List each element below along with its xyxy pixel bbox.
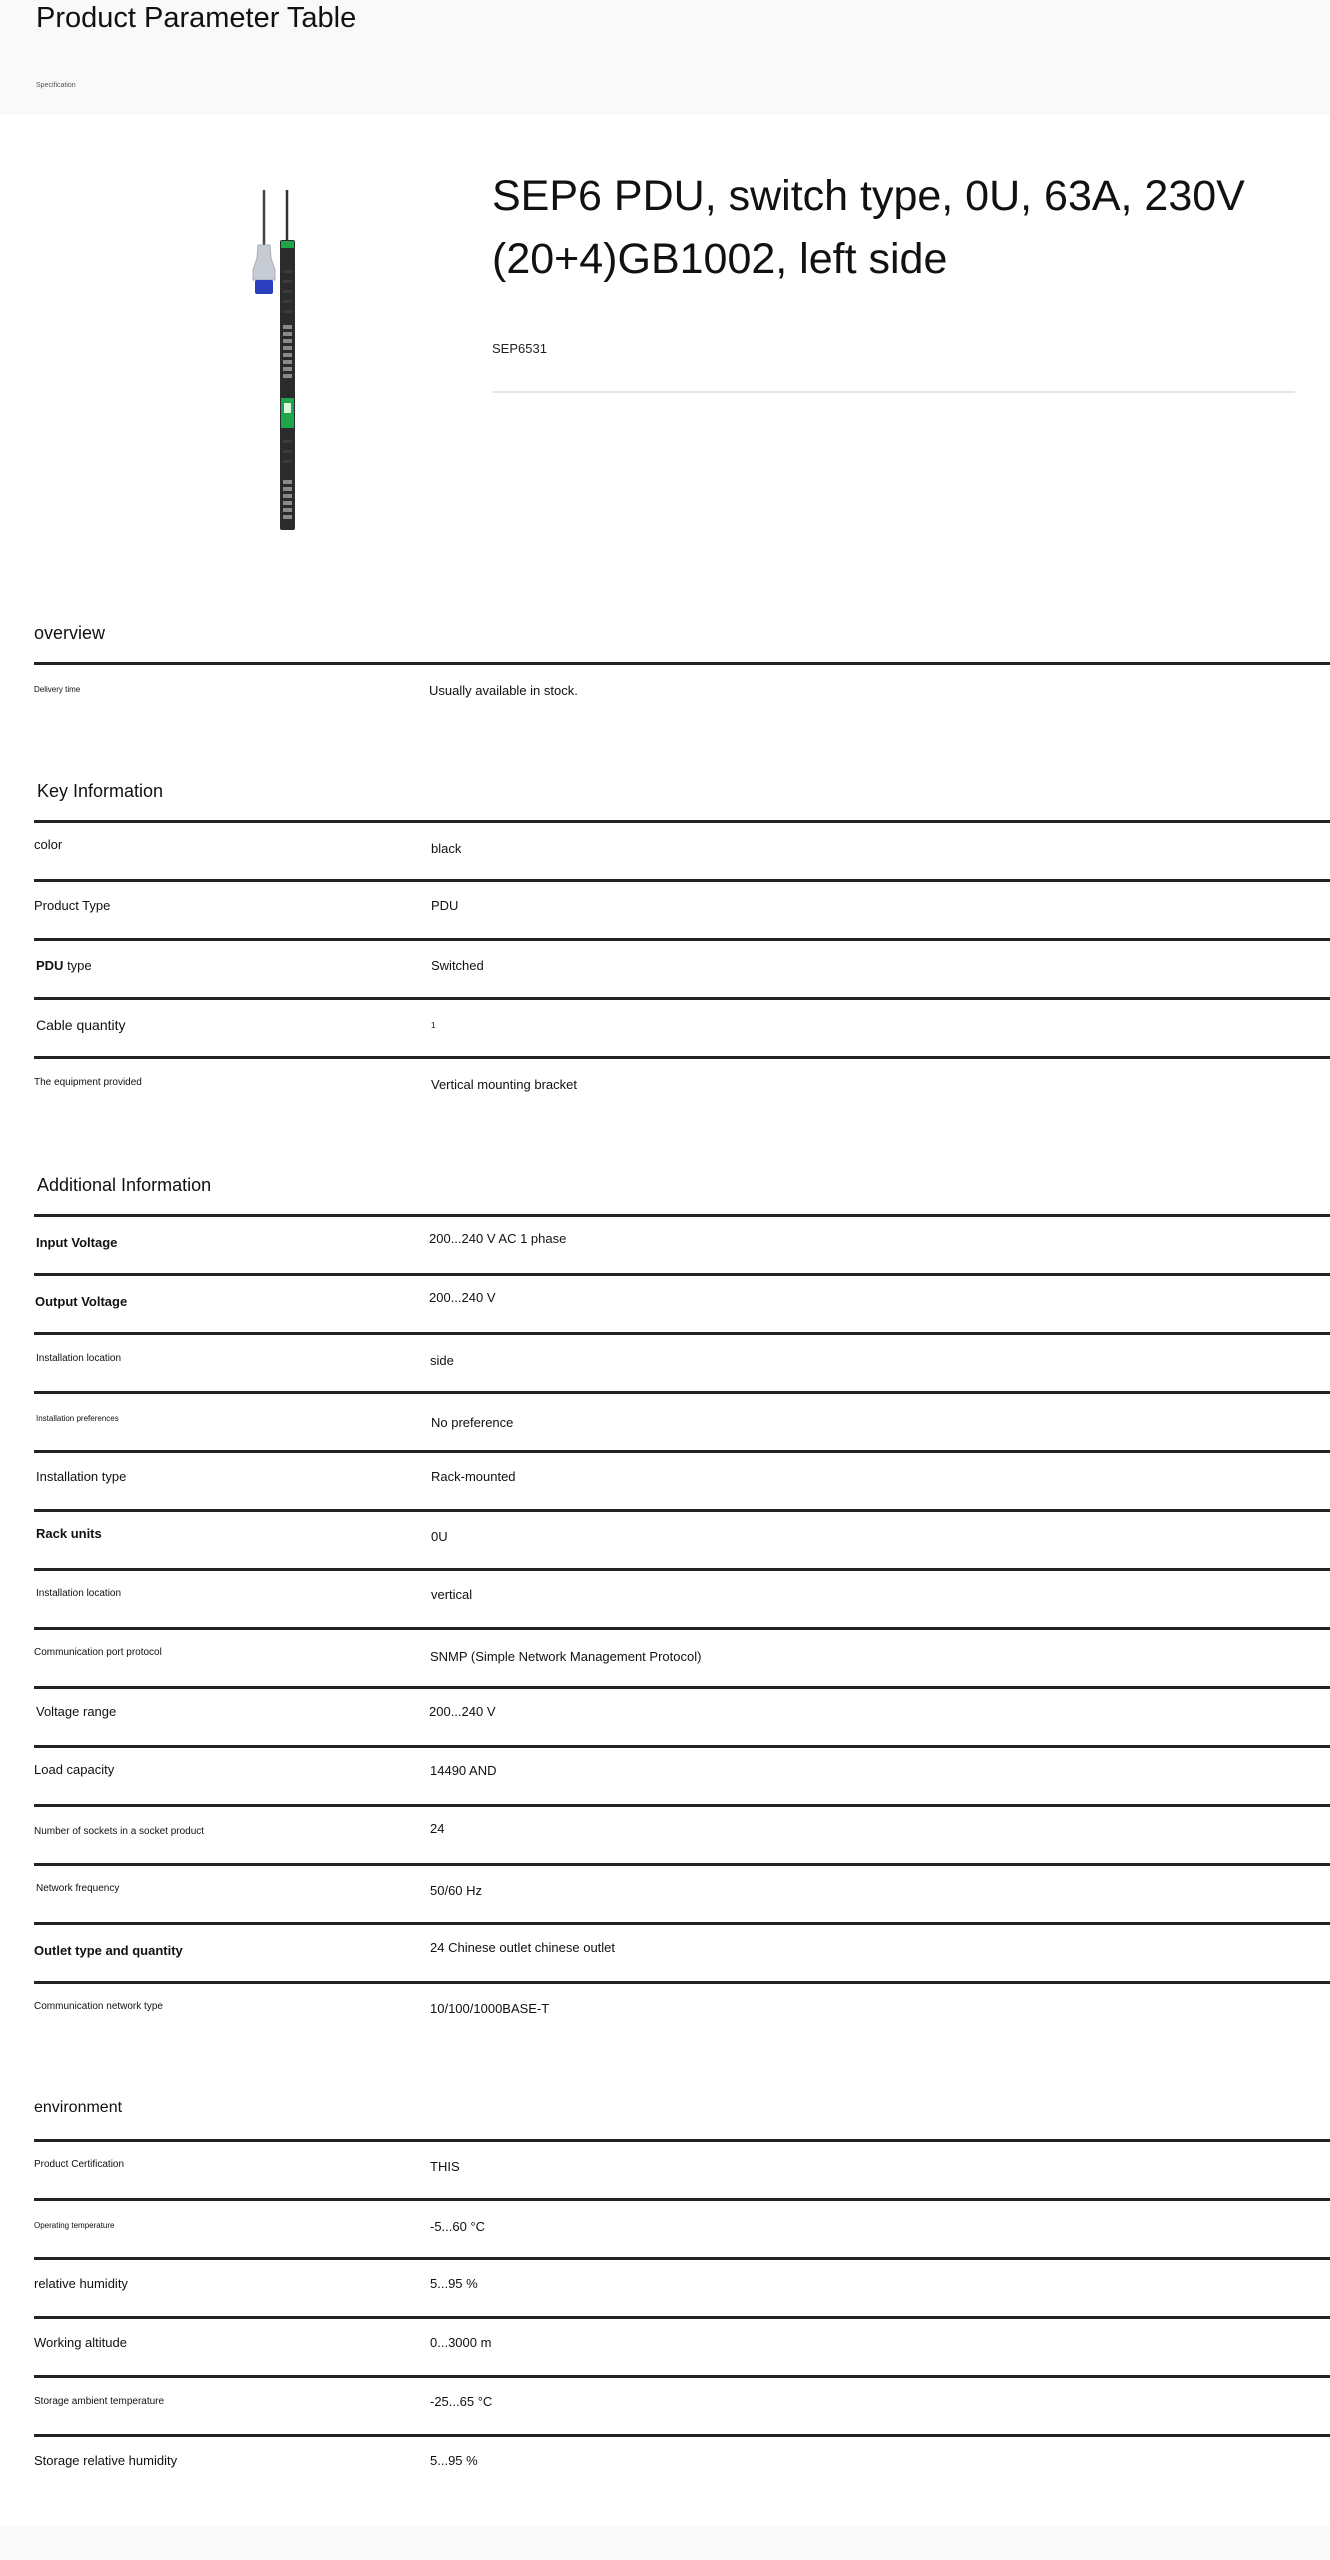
row-label-rest: type [63, 958, 91, 973]
overview-rows: Delivery time Usually available in stock… [34, 662, 1330, 721]
section-title: environment [34, 2099, 122, 2117]
row-label: Communication network type [34, 2001, 163, 2012]
row-value: 14490 AND [430, 1763, 497, 1778]
table-row: Working altitude 0...3000 m [34, 2316, 1330, 2375]
table-row: Output Voltage 200...240 V [34, 1273, 1330, 1332]
row-label: Cable quantity [36, 1017, 126, 1033]
row-value: 50/60 Hz [430, 1883, 482, 1898]
table-row: Communication network type 10/100/1000BA… [34, 1981, 1330, 2040]
row-label: Network frequency [36, 1883, 119, 1894]
product-title: SEP6 PDU, switch type, 0U, 63A, 230V (20… [492, 165, 1292, 291]
section-title: overview [34, 623, 105, 644]
row-value: THIS [430, 2159, 460, 2174]
row-value: 1 [431, 1021, 435, 1030]
row-label: relative humidity [34, 2276, 128, 2291]
row-value: 0...3000 m [430, 2335, 491, 2350]
row-label: Delivery time [34, 685, 80, 694]
row-label: Installation type [36, 1469, 126, 1484]
hero-divider [492, 391, 1295, 393]
row-value: side [430, 1353, 454, 1368]
row-label: Load capacity [34, 1762, 114, 1777]
row-value: Usually available in stock. [429, 683, 578, 698]
table-row: color black [34, 820, 1330, 879]
table-row: Rack units 0U [34, 1509, 1330, 1568]
section-title: Additional Information [37, 1175, 211, 1196]
row-value: No preference [431, 1415, 513, 1430]
row-value: vertical [431, 1587, 472, 1602]
row-value: -25...65 °C [430, 2394, 492, 2409]
table-row: relative humidity 5...95 % [34, 2257, 1330, 2316]
row-label: Storage relative humidity [34, 2453, 177, 2468]
row-value: 5...95 % [430, 2276, 478, 2291]
table-row: Installation type Rack-mounted [34, 1450, 1330, 1509]
table-row: Product Type PDU [34, 879, 1330, 938]
row-label: PDU type [36, 958, 92, 973]
row-value: 24 [430, 1821, 444, 1836]
row-label: Working altitude [34, 2335, 127, 2350]
table-row: Input Voltage 200...240 V AC 1 phase [34, 1214, 1330, 1273]
row-label: The equipment provided [34, 1077, 142, 1088]
table-row: Installation preferences No preference [34, 1391, 1330, 1450]
key-information-rows: color black Product Type PDU PDU type Sw… [34, 820, 1330, 1115]
table-row: Storage relative humidity 5...95 % [34, 2434, 1330, 2493]
row-value: Vertical mounting bracket [431, 1077, 577, 1092]
table-row: PDU type Switched [34, 938, 1330, 997]
row-label: Input Voltage [36, 1235, 117, 1250]
additional-information-rows: Input Voltage 200...240 V AC 1 phase Out… [34, 1214, 1330, 2040]
row-label: Operating temperature [34, 2221, 115, 2230]
pdu-product-image [240, 190, 310, 535]
row-value: PDU [431, 898, 458, 913]
row-value: SNMP (Simple Network Management Protocol… [430, 1649, 701, 1664]
row-label: Communication port protocol [34, 1647, 162, 1658]
table-row: Communication port protocol SNMP (Simple… [34, 1627, 1330, 1686]
environment-rows: Product Certification THIS Operating tem… [34, 2139, 1330, 2493]
row-label-bold: PDU [36, 958, 63, 973]
row-label: Rack units [36, 1526, 102, 1541]
row-label: color [34, 837, 62, 852]
row-value: 200...240 V [429, 1290, 496, 1305]
table-row: Voltage range 200...240 V [34, 1686, 1330, 1745]
row-label: Storage ambient temperature [34, 2396, 164, 2407]
row-label: Installation preferences [36, 1414, 119, 1423]
pdu-illustration-icon [240, 190, 310, 535]
row-value: -5...60 °C [430, 2219, 485, 2234]
product-sku: SEP6531 [492, 341, 547, 356]
table-row: Operating temperature -5...60 °C [34, 2198, 1330, 2257]
row-value: 0U [431, 1529, 448, 1544]
table-row: Cable quantity 1 [34, 997, 1330, 1056]
row-value: 200...240 V [429, 1704, 496, 1719]
page-subtitle: Specification [36, 82, 76, 89]
table-row: Storage ambient temperature -25...65 °C [34, 2375, 1330, 2434]
row-value: black [431, 841, 461, 856]
table-row: Number of sockets in a socket product 24 [34, 1804, 1330, 1863]
table-row: Installation location side [34, 1332, 1330, 1391]
row-value: 24 Chinese outlet chinese outlet [430, 1940, 615, 1955]
page-title: Product Parameter Table [36, 2, 356, 35]
row-label: Product Certification [34, 2159, 124, 2170]
row-label: Installation location [36, 1588, 121, 1599]
table-row: Installation location vertical [34, 1568, 1330, 1627]
row-label: Installation location [36, 1353, 121, 1364]
row-label: Product Type [34, 898, 110, 913]
row-value: 200...240 V AC 1 phase [429, 1231, 566, 1246]
section-title: Key Information [37, 781, 163, 802]
table-row: Product Certification THIS [34, 2139, 1330, 2198]
row-value: Rack-mounted [431, 1469, 516, 1484]
table-row: Load capacity 14490 AND [34, 1745, 1330, 1804]
row-label: Outlet type and quantity [34, 1943, 183, 1958]
table-row: The equipment provided Vertical mounting… [34, 1056, 1330, 1115]
table-row: Outlet type and quantity 24 Chinese outl… [34, 1922, 1330, 1981]
row-label: Number of sockets in a socket product [34, 1826, 204, 1837]
row-label: Voltage range [36, 1704, 116, 1719]
table-row: Delivery time Usually available in stock… [34, 662, 1330, 721]
table-row: Network frequency 50/60 Hz [34, 1863, 1330, 1922]
row-value: 10/100/1000BASE-T [430, 2001, 549, 2016]
row-label: Output Voltage [35, 1294, 127, 1309]
row-value: Switched [431, 958, 484, 973]
page-header: Product Parameter Table Specification [0, 0, 1330, 115]
page-footer [0, 2526, 1330, 2560]
row-value: 5...95 % [430, 2453, 478, 2468]
